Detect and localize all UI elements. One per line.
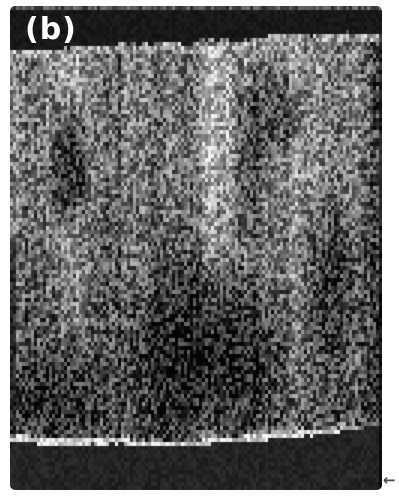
- figure-panel: (b) ←: [0, 0, 399, 500]
- micrograph: (b): [10, 6, 382, 490]
- panel-label: (b): [25, 13, 77, 46]
- pointer-arrow-icon: ←: [383, 473, 396, 488]
- micrograph-image: [10, 6, 382, 490]
